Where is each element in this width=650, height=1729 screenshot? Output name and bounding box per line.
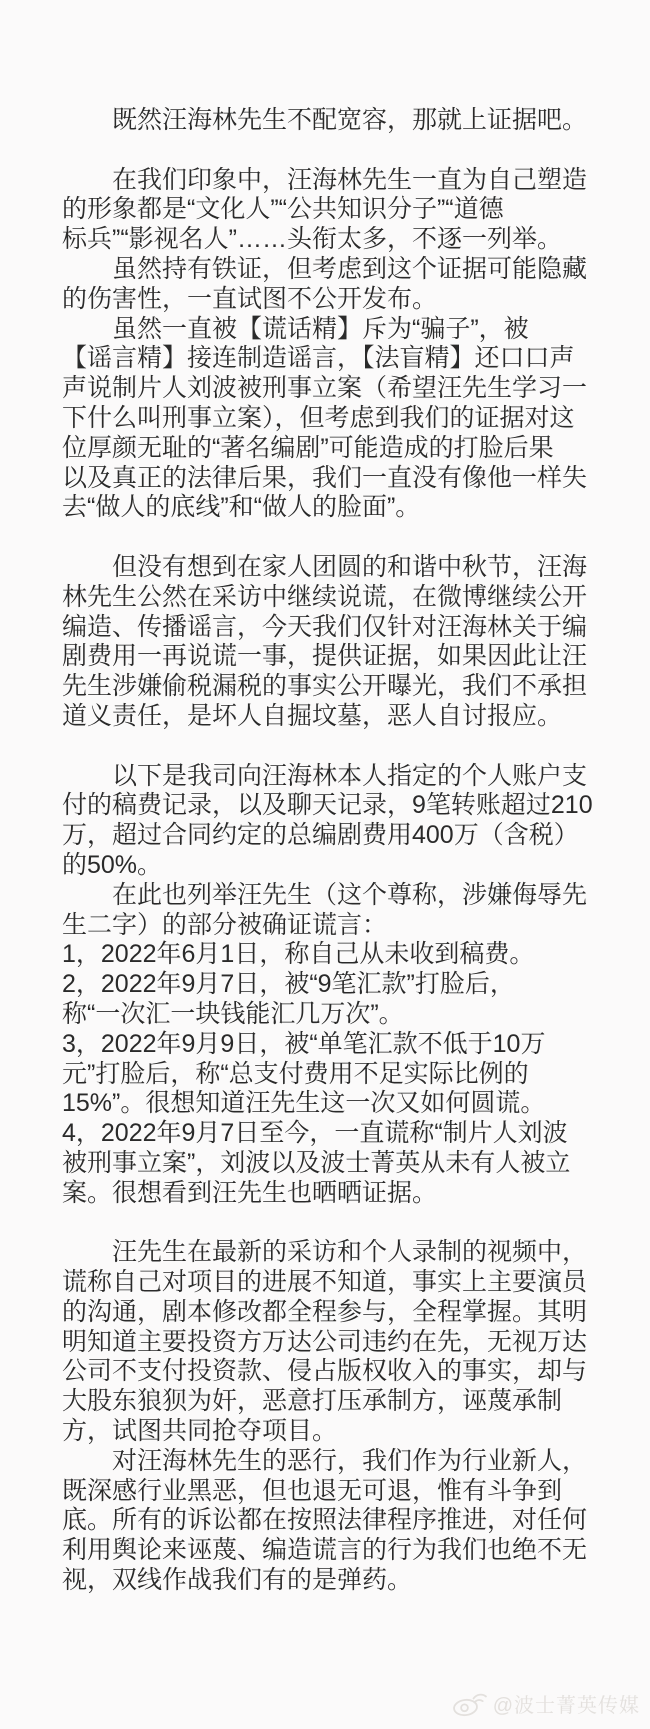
text-line: 位厚颜无耻的“著名编剧”可能造成的打脸后果 <box>62 434 592 464</box>
text-line: 下什么叫刑事立案），但考虑到我们的证据对这 <box>62 404 592 434</box>
text-line: 汪先生在最新的采访和个人录制的视频中， <box>62 1238 592 1268</box>
numbered-list: 1，2022年6月1日，称自己从未收到稿费。2，2022年9月7日，被“9笔汇款… <box>62 940 592 1208</box>
text-line: 的沟通，剧本修改都全程参与，全程掌握。其明 <box>62 1298 592 1328</box>
statement-image: 既然汪海林先生不配宽容，那就上证据吧。在我们印象中，汪海林先生一直为自己塑造的形… <box>0 0 650 1729</box>
text-line: 称“一次汇一块钱能汇几万次”。 <box>62 1000 592 1030</box>
text-line: 先生涉嫌偷税漏税的事实公开曝光，我们不承担 <box>62 672 592 702</box>
text-line: 【谣言精】接连制造谣言，【法盲精】还口口声 <box>62 344 592 374</box>
text-line: 1，2022年6月1日，称自己从未收到稿费。 <box>62 940 592 970</box>
text-line: 林先生公然在采访中继续说谎，在微博继续公开 <box>62 583 592 613</box>
text-line: 4，2022年9月7日至今，一直谎称“制片人刘波 <box>62 1119 592 1149</box>
text-line: 方，试图共同抢夺项目。 <box>62 1417 592 1447</box>
text-line: 利用舆论来诬蔑、编造谎言的行为我们也绝不无 <box>62 1536 592 1566</box>
paragraph: 但没有想到在家人团圆的和谐中秋节，汪海林先生公然在采访中继续说谎，在微博继续公开… <box>62 553 592 732</box>
watermark: @波士菁英传媒 <box>452 1688 640 1718</box>
text-line: 剧费用一再说谎一事，提供证据，如果因此让汪 <box>62 642 592 672</box>
text-line: 2，2022年9月7日，被“9笔汇款”打脸后， <box>62 970 592 1000</box>
paragraph: 既然汪海林先生不配宽容，那就上证据吧。 <box>62 106 592 136</box>
text-line: 去“做人的底线”和“做人的脸面”。 <box>62 493 592 523</box>
text-line: 在我们印象中，汪海林先生一直为自己塑造 <box>62 166 592 196</box>
text-line: 视，双线作战我们有的是弹药。 <box>62 1566 592 1596</box>
paragraph: 在此也列举汪先生（这个尊称，涉嫌侮辱先生二字）的部分被确证谎言： <box>62 881 592 941</box>
text-line: 虽然持有铁证，但考虑到这个证据可能隐藏 <box>62 255 592 285</box>
text-line: 公司不支付投资款、侵占版权收入的事实，却与 <box>62 1357 592 1387</box>
text-line: 15%”。很想知道汪先生这一次又如何圆谎。 <box>62 1089 592 1119</box>
text-line: 明知道主要投资方万达公司违约在先，无视万达 <box>62 1328 592 1358</box>
text-line: 既深感行业黑恶，但也退无可退，惟有斗争到 <box>62 1477 592 1507</box>
text-line: 的形象都是“文化人”“公共知识分子”“道德 <box>62 195 592 225</box>
paragraph: 汪先生在最新的采访和个人录制的视频中，谎称自己对项目的进展不知道，事实上主要演员… <box>62 1238 592 1447</box>
text-line: 标兵”“影视名人”……头衔太多，不逐一列举。 <box>62 225 592 255</box>
text-line: 以及真正的法律后果，我们一直没有像他一样失 <box>62 464 592 494</box>
paragraph: 以下是我司向汪海林本人指定的个人账户支付的稿费记录，以及聊天记录，9笔转账超过2… <box>62 762 592 881</box>
text-line: 但没有想到在家人团圆的和谐中秋节，汪海 <box>62 553 592 583</box>
text-line: 案。很想看到汪先生也晒晒证据。 <box>62 1179 592 1209</box>
text-line: 以下是我司向汪海林本人指定的个人账户支 <box>62 762 592 792</box>
paragraph: 对汪海林先生的恶行，我们作为行业新人，既深感行业黑恶，但也退无可退，惟有斗争到底… <box>62 1447 592 1596</box>
text-line: 道义责任，是坏人自掘坟墓，恶人自讨报应。 <box>62 702 592 732</box>
text-line: 3，2022年9月9日，被“单笔汇款不低于10万 <box>62 1030 592 1060</box>
text-line: 的伤害性，一直试图不公开发布。 <box>62 285 592 315</box>
document-body: 既然汪海林先生不配宽容，那就上证据吧。在我们印象中，汪海林先生一直为自己塑造的形… <box>62 106 592 1596</box>
text-line: 编造、传播谣言，今天我们仅针对汪海林关于编 <box>62 613 592 643</box>
paragraph: 虽然一直被【谎话精】斥为“骗子”，被【谣言精】接连制造谣言，【法盲精】还口口声声… <box>62 315 592 524</box>
text-line: 生二字）的部分被确证谎言： <box>62 911 592 941</box>
weibo-icon <box>452 1688 488 1718</box>
paragraph: 在我们印象中，汪海林先生一直为自己塑造的形象都是“文化人”“公共知识分子”“道德… <box>62 166 592 255</box>
paragraph: 虽然持有铁证，但考虑到这个证据可能隐藏的伤害性，一直试图不公开发布。 <box>62 255 592 315</box>
text-line: 被刑事立案”，刘波以及波士菁英从未有人被立 <box>62 1149 592 1179</box>
text-line: 对汪海林先生的恶行，我们作为行业新人， <box>62 1447 592 1477</box>
text-line: 在此也列举汪先生（这个尊称，涉嫌侮辱先 <box>62 881 592 911</box>
text-line: 谎称自己对项目的进展不知道，事实上主要演员 <box>62 1268 592 1298</box>
text-line: 付的稿费记录，以及聊天记录，9笔转账超过210 <box>62 791 592 821</box>
text-line: 虽然一直被【谎话精】斥为“骗子”，被 <box>62 315 592 345</box>
text-line: 的50%。 <box>62 851 592 881</box>
watermark-handle: @波士菁英传媒 <box>493 1689 640 1718</box>
text-line: 既然汪海林先生不配宽容，那就上证据吧。 <box>62 106 592 136</box>
text-line: 大股东狼狈为奸，恶意打压承制方，诬蔑承制 <box>62 1387 592 1417</box>
text-line: 底。所有的诉讼都在按照法律程序推进，对任何 <box>62 1506 592 1536</box>
text-line: 万，超过合同约定的总编剧费用400万（含税） <box>62 821 592 851</box>
text-line: 元”打脸后，称“总支付费用不足实际比例的 <box>62 1060 592 1090</box>
text-line: 声说制片人刘波被刑事立案（希望汪先生学习一 <box>62 374 592 404</box>
